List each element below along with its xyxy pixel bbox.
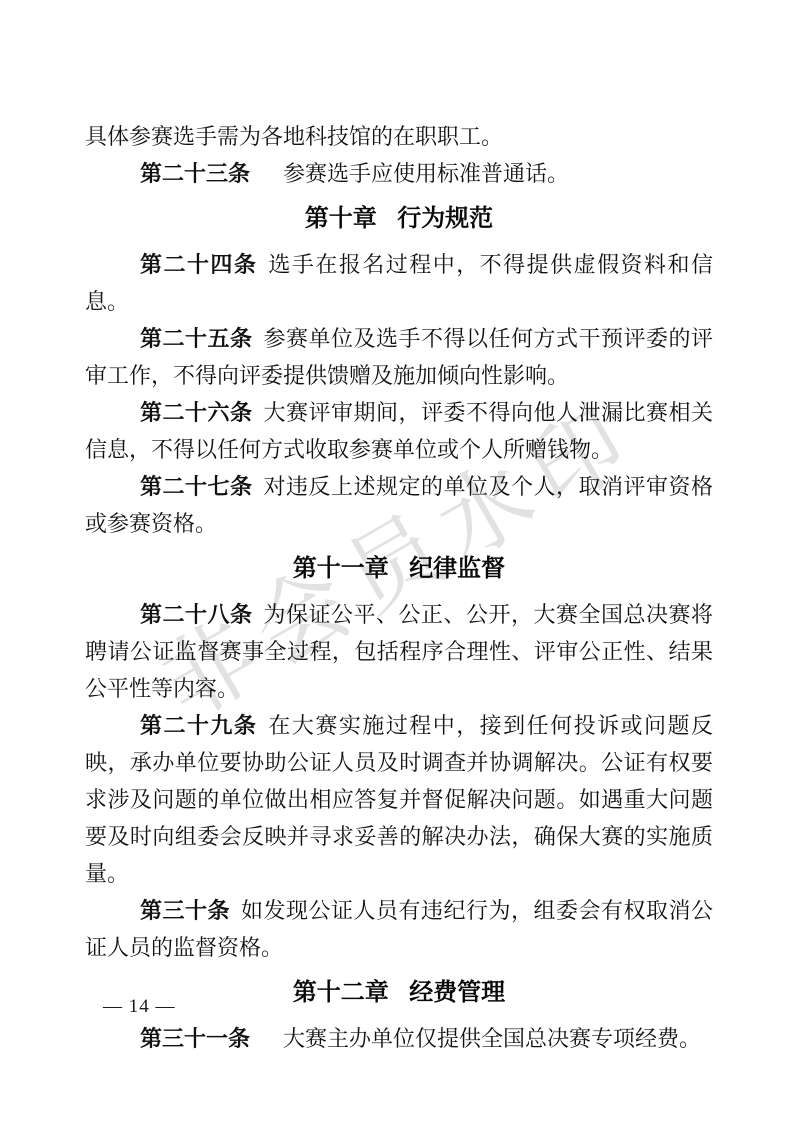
chapter-title: 经费管理	[409, 979, 505, 1006]
chapter-title: 纪律监督	[409, 555, 505, 582]
article-number: 第三十条	[140, 898, 241, 923]
document-body: 具体参赛选手需为各地科技馆的在职职工。 第二十三条 参赛选手应使用标准普通话。 …	[85, 118, 713, 1057]
article-number: 第二十四条	[140, 252, 268, 277]
paragraph-text: 具体参赛选手需为各地科技馆的在职职工。	[85, 124, 503, 149]
article-paragraph-27: 第二十七条对违反上述规定的单位及个人，取消评审资格或参赛资格。	[85, 468, 713, 542]
article-number: 第二十五条	[140, 326, 264, 351]
article-paragraph-24: 第二十四条选手在报名过程中，不得提供虚假资料和信息。	[85, 246, 713, 320]
chapter-number: 第十章	[305, 205, 377, 232]
article-text: 参赛选手应使用标准普通话。	[261, 161, 569, 186]
article-number: 第二十三条	[140, 161, 261, 186]
article-text: 在大赛实施过程中，接到任何投诉或问题反映，承办单位要协助公证人员及时调查并协调解…	[85, 713, 713, 886]
chapter-heading-10: 第十章行为规范	[85, 200, 713, 238]
article-text: 大赛主办单位仅提供全国总决赛专项经费。	[261, 1026, 701, 1051]
article-paragraph-23: 第二十三条 参赛选手应使用标准普通话。	[85, 155, 713, 192]
article-paragraph-29: 第二十九条在大赛实施过程中，接到任何投诉或问题反映，承办单位要协助公证人员及时调…	[85, 707, 713, 892]
article-paragraph-28: 第二十八条为保证公平、公正、公开，大赛全国总决赛将聘请公证监督赛事全过程，包括程…	[85, 596, 713, 707]
chapter-number: 第十一章	[293, 555, 389, 582]
article-number: 第二十六条	[140, 400, 264, 425]
article-paragraph-25: 第二十五条参赛单位及选手不得以任何方式干预评委的评审工作，不得向评委提供馈赠及施…	[85, 320, 713, 394]
article-paragraph-30: 第三十条如发现公证人员有违纪行为，组委会有权取消公证人员的监督资格。	[85, 892, 713, 966]
article-paragraph-31: 第三十一条 大赛主办单位仅提供全国总决赛专项经费。	[85, 1020, 713, 1057]
chapter-title: 行为规范	[397, 205, 493, 232]
chapter-heading-12: 第十二章经费管理	[85, 974, 713, 1012]
chapter-number: 第十二章	[293, 979, 389, 1006]
article-number: 第二十九条	[140, 713, 268, 738]
document-page: 非会员水印 具体参赛选手需为各地科技馆的在职职工。 第二十三条 参赛选手应使用标…	[0, 0, 793, 1122]
page-number: — 14 —	[103, 995, 176, 1019]
article-number: 第三十一条	[140, 1026, 261, 1051]
article-number: 第二十八条	[140, 602, 264, 627]
chapter-heading-11: 第十一章纪律监督	[85, 550, 713, 588]
paragraph-continuation: 具体参赛选手需为各地科技馆的在职职工。	[85, 118, 713, 155]
article-number: 第二十七条	[140, 474, 264, 499]
article-paragraph-26: 第二十六条大赛评审期间，评委不得向他人泄漏比赛相关信息，不得以任何方式收取参赛单…	[85, 394, 713, 468]
